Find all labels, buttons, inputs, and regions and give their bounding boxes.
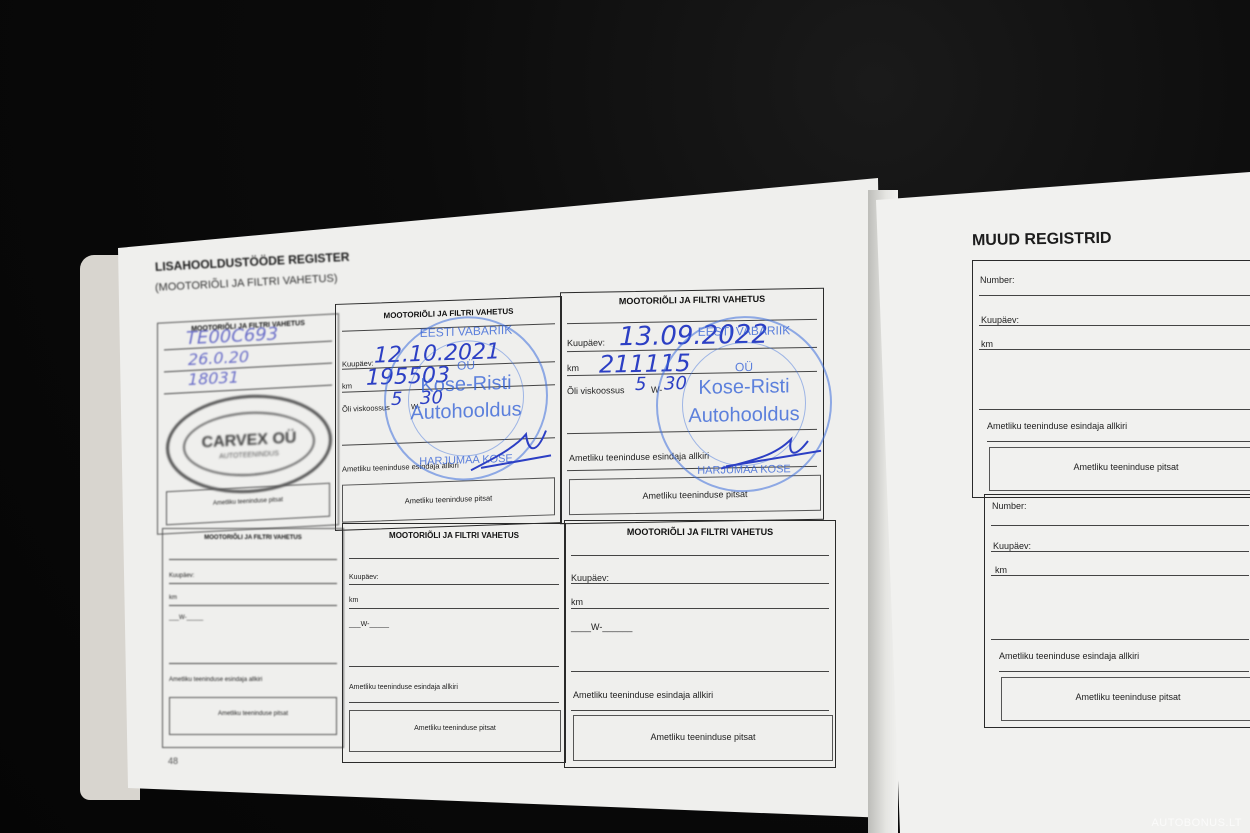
entry-5-km-label: km — [349, 597, 358, 604]
entry-5-signature-label: Ametliku teeninduse esindaja allkiri — [349, 684, 458, 691]
stamp-name2-text: Autohooldus — [386, 398, 546, 427]
entry-4-box: MOOTORIÕLI JA FILTRI VAHETUS Kuupäev: km… — [162, 528, 344, 748]
entry-3-date-label: Kuupäev: — [567, 338, 605, 349]
entry-3-signature — [716, 429, 826, 476]
watermark: AUTOBONUS.LT — [1151, 817, 1242, 829]
entry-6-viscosity-label: ____W-______ — [571, 622, 632, 632]
entry-3-header: MOOTORIÕLI JA FILTRI VAHETUS — [561, 293, 823, 308]
right-page-title: MUUD REGISTRID — [972, 230, 1112, 250]
register-2-date-label: Kuupäev: — [993, 541, 1031, 551]
entry-1-stamp-label: Ametliku teeninduse pitsat — [167, 495, 329, 509]
entry-4-header: MOOTORIÕLI JA FILTRI VAHETUS — [163, 535, 343, 541]
entry-2-stamp-label: Ametliku teeninduse pitsat — [343, 491, 554, 507]
entry-5-stamp-label: Ametliku teeninduse pitsat — [350, 725, 560, 732]
entry-1-handwritten-id: TE00C693 — [186, 323, 278, 349]
stamp-top-text: EESTI VABARIIK — [658, 323, 830, 340]
register-2-stamp-label: Ametliku teeninduse pitsat — [1002, 692, 1250, 702]
entry-3-handwritten-visc-a: 5 — [635, 374, 646, 395]
register-1-date-label: Kuupäev: — [981, 315, 1019, 325]
entry-6-km-label: km — [571, 597, 583, 607]
entry-6-signature-label: Ametliku teeninduse esindaja allkiri — [573, 690, 713, 700]
stamp-ou-text: OÜ — [658, 359, 830, 376]
entry-3-box: MOOTORIÕLI JA FILTRI VAHETUS Kuupäev: km… — [560, 288, 824, 525]
page-number: 48 — [168, 756, 178, 766]
register-2-km-label: km — [995, 565, 1007, 575]
entry-4-km-label: km — [169, 595, 177, 601]
entry-6-date-label: Kuupäev: — [571, 573, 609, 583]
entry-4-signature-label: Ametliku teeninduse esindaja allkiri — [169, 677, 262, 683]
entry-5-viscosity-label: ___W-_____ — [349, 621, 389, 628]
register-1-stamp-label: Ametliku teeninduse pitsat — [990, 462, 1250, 472]
register-1-signature-label: Ametliku teeninduse esindaja allkiri — [987, 421, 1127, 431]
stamp-top-text: EESTI VABARIIK — [386, 322, 546, 342]
entry-6-stamp-label: Ametliku teeninduse pitsat — [574, 732, 832, 742]
entry-5-date-label: Kuupäev: — [349, 574, 379, 581]
entry-2-km-label: km — [342, 381, 352, 390]
register-1-km-label: km — [981, 339, 993, 349]
entry-5-header: MOOTORIÕLI JA FILTRI VAHETUS — [343, 531, 565, 540]
entry-4-date-label: Kuupäev: — [169, 573, 194, 579]
entry-1-handwritten-date: 26.0.20 — [188, 347, 249, 369]
stamp-name1-text: Kose-Risti — [658, 375, 830, 401]
entry-2-signature — [466, 425, 556, 478]
register-1-number-label: Number: — [980, 275, 1015, 285]
entry-6-box: MOOTORIÕLI JA FILTRI VAHETUS Kuupäev: km… — [564, 520, 836, 768]
entry-4-viscosity-label: ___W-_____ — [169, 615, 203, 621]
entry-2-viscosity-label: Õli viskoossus — [342, 403, 390, 414]
carvex-stamp: CARVEX OÜ AUTOTEENINDUS — [166, 391, 332, 498]
stamp-name2-text: Autohooldus — [658, 403, 830, 429]
entry-3-viscosity-label: Õli viskoossus — [567, 385, 625, 396]
register-2-number-label: Number: — [992, 501, 1027, 511]
register-2-signature-label: Ametliku teeninduse esindaja allkiri — [999, 651, 1139, 661]
entry-5-box: MOOTORIÕLI JA FILTRI VAHETUS Kuupäev: km… — [342, 523, 566, 763]
entry-1-box: MOOTORIÕLI JA FILTRI VAHETUS TE00C693 26… — [157, 313, 339, 535]
register-entry-2: Number: Kuupäev: km Ametliku teeninduse … — [984, 494, 1250, 728]
entry-2-box: MOOTORIÕLI JA FILTRI VAHETUS Kuupäev: km… — [335, 296, 562, 531]
entry-1-handwritten-km: 18031 — [188, 367, 239, 389]
entry-3-km-label: km — [567, 363, 579, 373]
entry-3-stamp-label: Ametliku teeninduse pitsat — [570, 488, 820, 502]
entry-6-header: MOOTORIÕLI JA FILTRI VAHETUS — [565, 527, 835, 537]
entry-4-stamp-label: Ametliku teeninduse pitsat — [170, 711, 336, 717]
register-entry-1: Number: Kuupäev: km Ametliku teeninduse … — [972, 260, 1250, 498]
